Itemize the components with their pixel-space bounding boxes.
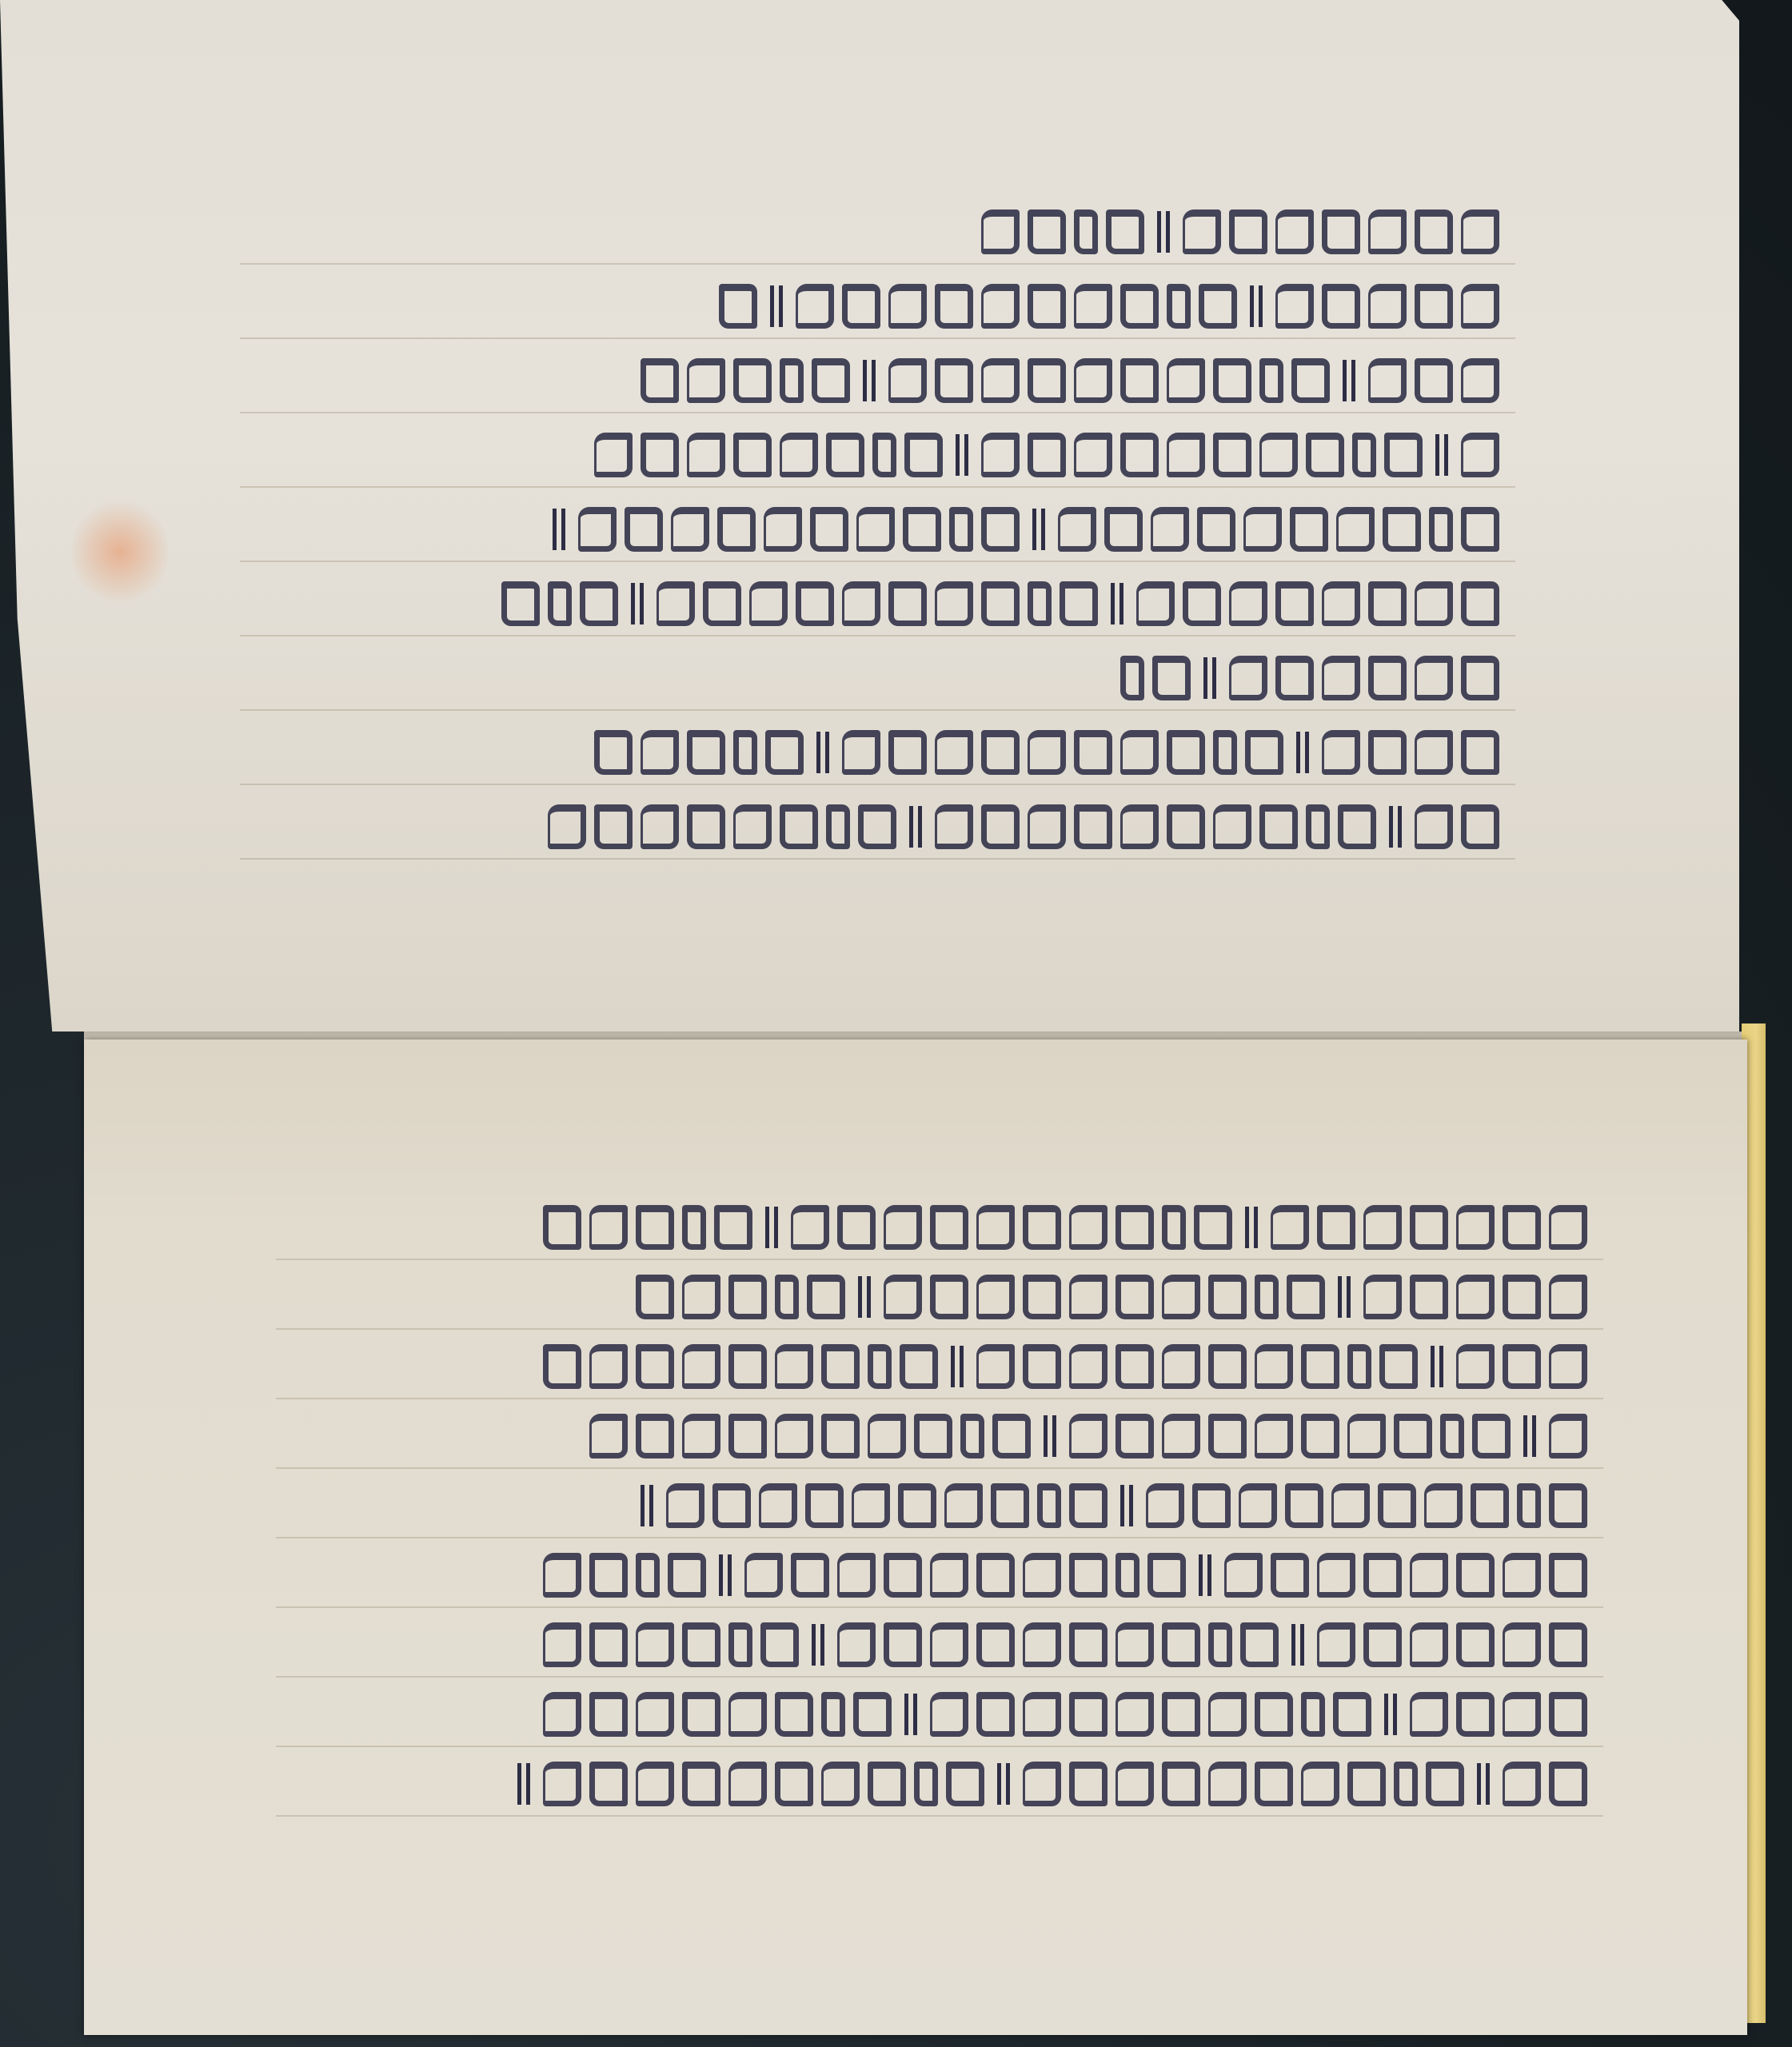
script-glyph (1461, 209, 1499, 254)
script-glyph (868, 1414, 906, 1458)
script-glyph (1028, 209, 1066, 254)
script-glyph (636, 1553, 660, 1598)
script-glyph (1255, 1275, 1279, 1319)
script-glyph (914, 1762, 938, 1806)
script-glyph (625, 507, 663, 552)
script-glyph (1503, 1553, 1541, 1598)
ruled-line (240, 263, 1515, 265)
script-glyph (1224, 1553, 1263, 1598)
script-glyph (1379, 1344, 1418, 1389)
script-glyph (501, 581, 540, 626)
script-glyph (728, 1414, 767, 1458)
script-glyph (1322, 656, 1360, 700)
script-glyph (1106, 209, 1144, 254)
script-glyph (1074, 209, 1098, 254)
script-glyph (1275, 581, 1314, 626)
script-glyph (775, 1762, 813, 1806)
script-glyph (1162, 1344, 1200, 1389)
script-glyph (1322, 581, 1360, 626)
script-glyph (1338, 804, 1376, 849)
danda-mark (1044, 1415, 1056, 1457)
script-glyph (1074, 284, 1112, 329)
script-glyph (821, 1344, 860, 1389)
danda-mark (1250, 285, 1263, 327)
script-glyph (1549, 1692, 1587, 1737)
manuscript-text-line (543, 1686, 1587, 1742)
ruled-line (240, 412, 1515, 413)
script-glyph (682, 1622, 720, 1667)
script-glyph (1426, 1762, 1464, 1806)
script-glyph (981, 358, 1020, 403)
script-glyph (1472, 1414, 1511, 1458)
script-glyph (1317, 1553, 1355, 1598)
manuscript-text-line (543, 1199, 1587, 1255)
script-glyph (682, 1762, 720, 1806)
script-glyph (1415, 730, 1453, 775)
danda-mark (1120, 1485, 1133, 1526)
script-glyph (1461, 804, 1499, 849)
ruled-line (276, 1259, 1603, 1260)
script-glyph (1549, 1622, 1587, 1667)
danda-mark (1111, 583, 1123, 624)
script-glyph (682, 1275, 720, 1319)
script-glyph (1456, 1692, 1495, 1737)
script-glyph (1259, 433, 1298, 477)
script-glyph (842, 581, 880, 626)
script-glyph (1243, 507, 1282, 552)
script-glyph (1194, 1205, 1232, 1250)
script-glyph (636, 1205, 674, 1250)
script-glyph (930, 1205, 968, 1250)
script-glyph (1410, 1553, 1448, 1598)
script-glyph (868, 1344, 892, 1389)
script-glyph (666, 1483, 704, 1528)
script-glyph (796, 284, 834, 329)
script-glyph (1167, 358, 1205, 403)
script-glyph (1461, 284, 1499, 329)
danda-mark (863, 360, 876, 401)
script-glyph (981, 581, 1020, 626)
danda-mark (1199, 1554, 1211, 1596)
ruled-line (276, 1815, 1603, 1817)
script-glyph (1167, 730, 1205, 775)
script-glyph (780, 804, 818, 849)
script-glyph (1104, 507, 1143, 552)
script-glyph (935, 804, 973, 849)
danda-mark (1435, 434, 1448, 476)
script-glyph (1120, 804, 1159, 849)
script-glyph (1023, 1553, 1061, 1598)
script-glyph (1116, 1275, 1154, 1319)
manuscript-text-line (641, 353, 1499, 409)
danda-mark (1245, 1207, 1258, 1248)
script-glyph (1363, 1622, 1402, 1667)
danda-mark (1157, 211, 1170, 253)
danda-mark (1477, 1763, 1490, 1805)
script-glyph (1028, 433, 1066, 477)
danda-mark (1032, 509, 1045, 550)
script-glyph (780, 358, 804, 403)
script-glyph (594, 804, 633, 849)
script-glyph (548, 581, 572, 626)
script-glyph (1028, 804, 1066, 849)
script-glyph (852, 1483, 890, 1528)
script-glyph (1183, 209, 1221, 254)
script-glyph (733, 433, 772, 477)
script-glyph (1456, 1344, 1495, 1389)
script-glyph (1069, 1205, 1108, 1250)
ruled-line (276, 1606, 1603, 1608)
script-glyph (1456, 1553, 1495, 1598)
script-glyph (780, 433, 818, 477)
script-glyph (1151, 507, 1189, 552)
script-glyph (837, 1622, 876, 1667)
script-glyph (810, 507, 848, 552)
danda-mark (765, 1207, 778, 1248)
ruled-line (240, 337, 1515, 339)
danda-mark (641, 1485, 653, 1526)
script-glyph (1461, 507, 1499, 552)
danda-mark (909, 806, 922, 848)
ruled-line (276, 1467, 1603, 1469)
script-glyph (589, 1205, 628, 1250)
script-glyph (1301, 1414, 1339, 1458)
script-glyph (733, 730, 757, 775)
script-glyph (1259, 804, 1298, 849)
script-glyph (1322, 209, 1360, 254)
ruled-line (240, 858, 1515, 860)
script-glyph (1363, 1553, 1402, 1598)
danda-mark (816, 732, 829, 773)
script-glyph (821, 1692, 845, 1737)
script-glyph (837, 1205, 876, 1250)
script-glyph (1023, 1275, 1061, 1319)
script-glyph (903, 507, 941, 552)
script-glyph (898, 1483, 936, 1528)
script-glyph (935, 358, 973, 403)
script-glyph (1162, 1692, 1200, 1737)
script-glyph (837, 1553, 876, 1598)
script-glyph (935, 581, 973, 626)
script-glyph (594, 730, 633, 775)
script-glyph (1120, 730, 1159, 775)
ruled-line (240, 709, 1515, 711)
script-glyph (1074, 433, 1112, 477)
script-glyph (775, 1414, 813, 1458)
script-glyph (1255, 1344, 1293, 1389)
script-glyph (1069, 1692, 1108, 1737)
script-glyph (543, 1692, 581, 1737)
script-glyph (1028, 284, 1066, 329)
script-glyph (1147, 1553, 1186, 1598)
script-glyph (807, 1275, 845, 1319)
script-glyph (856, 507, 895, 552)
script-glyph (1259, 358, 1283, 403)
script-glyph (682, 1344, 720, 1389)
script-glyph (991, 1483, 1029, 1528)
script-glyph (589, 1762, 628, 1806)
script-glyph (930, 1275, 968, 1319)
script-glyph (1074, 730, 1112, 775)
script-glyph (949, 507, 973, 552)
script-glyph (641, 730, 679, 775)
danda-mark (1338, 1276, 1351, 1318)
script-glyph (1240, 1622, 1279, 1667)
script-glyph (976, 1692, 1015, 1737)
danda-mark (1384, 1694, 1397, 1735)
script-glyph (543, 1553, 581, 1598)
script-glyph (1069, 1762, 1108, 1806)
script-glyph (1306, 433, 1344, 477)
script-glyph (1069, 1622, 1108, 1667)
script-glyph (1069, 1344, 1108, 1389)
script-glyph (946, 1762, 984, 1806)
script-glyph (1503, 1622, 1541, 1667)
script-glyph (717, 507, 756, 552)
script-glyph (728, 1344, 767, 1389)
script-glyph (1229, 581, 1267, 626)
script-glyph (775, 1692, 813, 1737)
script-glyph (1410, 1275, 1448, 1319)
script-glyph (872, 433, 896, 477)
script-glyph (1517, 1483, 1541, 1528)
script-glyph (1410, 1692, 1448, 1737)
danda-mark (997, 1763, 1010, 1805)
script-glyph (687, 730, 725, 775)
script-glyph (796, 581, 834, 626)
script-glyph (1208, 1344, 1247, 1389)
script-glyph (1410, 1205, 1448, 1250)
script-glyph (548, 804, 586, 849)
script-glyph (1331, 1483, 1370, 1528)
script-glyph (842, 730, 880, 775)
script-glyph (543, 1344, 581, 1389)
script-glyph (543, 1622, 581, 1667)
script-glyph (1213, 804, 1251, 849)
script-glyph (791, 1553, 829, 1598)
script-glyph (1208, 1275, 1247, 1319)
manuscript-text-line (636, 1269, 1587, 1325)
script-glyph (888, 358, 927, 403)
script-glyph (888, 284, 927, 329)
script-glyph (1275, 284, 1314, 329)
manuscript-text-line (543, 1339, 1587, 1395)
script-glyph (1120, 433, 1159, 477)
script-glyph (1023, 1762, 1061, 1806)
script-glyph (1162, 1275, 1200, 1319)
script-glyph (842, 284, 880, 329)
script-glyph (888, 581, 927, 626)
script-glyph (1208, 1622, 1232, 1667)
script-glyph (1317, 1622, 1355, 1667)
script-glyph (1255, 1692, 1293, 1737)
script-glyph (1368, 656, 1407, 700)
script-glyph (1415, 358, 1453, 403)
script-glyph (1162, 1762, 1200, 1806)
script-glyph (821, 1762, 860, 1806)
script-glyph (1060, 581, 1098, 626)
manuscript-text-line (594, 724, 1499, 780)
script-glyph (1368, 209, 1407, 254)
script-glyph (1503, 1205, 1541, 1250)
script-glyph (812, 358, 850, 403)
script-glyph (1213, 730, 1237, 775)
script-glyph (1213, 358, 1251, 403)
script-glyph (1549, 1275, 1587, 1319)
script-glyph (858, 804, 896, 849)
script-glyph (594, 433, 633, 477)
script-glyph (1275, 209, 1314, 254)
script-glyph (641, 433, 679, 477)
manuscript-text-line (1120, 650, 1499, 706)
top-manuscript-page (0, 0, 1739, 1031)
script-glyph (1162, 1414, 1200, 1458)
script-glyph (884, 1275, 922, 1319)
script-glyph (1074, 804, 1112, 849)
script-glyph (1456, 1275, 1495, 1319)
manuscript-text-line (589, 1408, 1587, 1464)
script-glyph (671, 507, 709, 552)
manuscript-text-line (501, 576, 1499, 632)
script-glyph (1239, 1483, 1277, 1528)
script-glyph (1069, 1275, 1108, 1319)
script-glyph (1424, 1483, 1463, 1528)
script-glyph (930, 1553, 968, 1598)
script-glyph (1415, 581, 1453, 626)
script-glyph (543, 1205, 581, 1250)
script-glyph (636, 1344, 674, 1389)
script-glyph (744, 1553, 783, 1598)
script-glyph (1549, 1762, 1587, 1806)
script-glyph (728, 1692, 767, 1737)
script-glyph (1503, 1762, 1541, 1806)
ruled-line (240, 486, 1515, 488)
danda-mark (1523, 1415, 1536, 1457)
script-glyph (1152, 656, 1191, 700)
script-glyph (728, 1275, 767, 1319)
script-glyph (760, 1622, 799, 1667)
script-glyph (884, 1553, 922, 1598)
script-glyph (1456, 1622, 1495, 1667)
script-glyph (589, 1692, 628, 1737)
script-glyph (981, 507, 1020, 552)
manuscript-text-line (981, 204, 1499, 260)
danda-mark (553, 509, 565, 550)
script-glyph (719, 284, 757, 329)
script-glyph (1317, 1205, 1355, 1250)
script-glyph (1245, 730, 1283, 775)
script-glyph (1146, 1483, 1184, 1528)
ruled-line (276, 1676, 1603, 1678)
script-glyph (1394, 1762, 1418, 1806)
script-glyph (589, 1553, 628, 1598)
script-glyph (1333, 1692, 1371, 1737)
script-glyph (1347, 1762, 1386, 1806)
script-glyph (976, 1622, 1015, 1667)
script-glyph (1368, 730, 1407, 775)
script-glyph (1461, 581, 1499, 626)
script-glyph (1336, 507, 1375, 552)
script-glyph (944, 1483, 983, 1528)
manuscript-text-line (513, 1756, 1587, 1812)
script-glyph (1028, 730, 1066, 775)
script-glyph (1213, 433, 1251, 477)
script-glyph (1440, 1414, 1464, 1458)
script-glyph (1352, 433, 1376, 477)
script-glyph (1229, 656, 1267, 700)
script-glyph (1287, 1275, 1325, 1319)
script-glyph (1378, 1483, 1416, 1528)
script-glyph (1363, 1205, 1402, 1250)
script-glyph (1199, 284, 1237, 329)
script-glyph (1074, 358, 1112, 403)
script-glyph (1301, 1344, 1339, 1389)
script-glyph (1301, 1692, 1325, 1737)
danda-mark (719, 1554, 732, 1596)
script-glyph (1503, 1692, 1541, 1737)
manuscript-text-line (548, 501, 1499, 557)
ruled-line (276, 1537, 1603, 1538)
danda-mark (904, 1694, 917, 1735)
script-glyph (728, 1762, 767, 1806)
script-glyph (976, 1275, 1015, 1319)
script-glyph (1415, 284, 1453, 329)
manuscript-text-line (719, 278, 1499, 334)
script-glyph (826, 804, 850, 849)
script-glyph (733, 358, 772, 403)
script-glyph (1120, 358, 1159, 403)
script-glyph (1229, 209, 1267, 254)
script-glyph (1322, 284, 1360, 329)
script-glyph (764, 507, 802, 552)
ruled-line (240, 784, 1515, 785)
script-glyph (775, 1275, 799, 1319)
script-glyph (1285, 1483, 1323, 1528)
script-glyph (935, 730, 973, 775)
ruled-line (276, 1328, 1603, 1330)
script-glyph (1116, 1692, 1154, 1737)
script-glyph (1549, 1483, 1587, 1528)
script-glyph (728, 1622, 752, 1667)
script-glyph (1461, 730, 1499, 775)
script-glyph (687, 358, 725, 403)
script-glyph (589, 1344, 628, 1389)
danda-mark (1291, 1624, 1304, 1666)
script-glyph (1549, 1414, 1587, 1458)
manuscript-text-line (543, 1547, 1587, 1603)
script-glyph (1120, 284, 1159, 329)
orange-stain (72, 496, 168, 608)
script-glyph (733, 804, 772, 849)
ruled-line (240, 561, 1515, 562)
script-glyph (884, 1205, 922, 1250)
script-glyph (687, 433, 725, 477)
ruled-line (276, 1398, 1603, 1399)
script-glyph (1120, 656, 1144, 700)
script-glyph (1116, 1762, 1154, 1806)
script-glyph (765, 730, 804, 775)
danda-mark (517, 1763, 530, 1805)
manuscript-text-line (548, 799, 1499, 855)
danda-mark (956, 434, 968, 476)
script-glyph (853, 1692, 892, 1737)
danda-mark (1431, 1346, 1443, 1387)
script-glyph (1368, 284, 1407, 329)
danda-mark (812, 1624, 824, 1666)
script-glyph (1069, 1414, 1108, 1458)
danda-mark (951, 1346, 964, 1387)
script-glyph (1028, 581, 1052, 626)
